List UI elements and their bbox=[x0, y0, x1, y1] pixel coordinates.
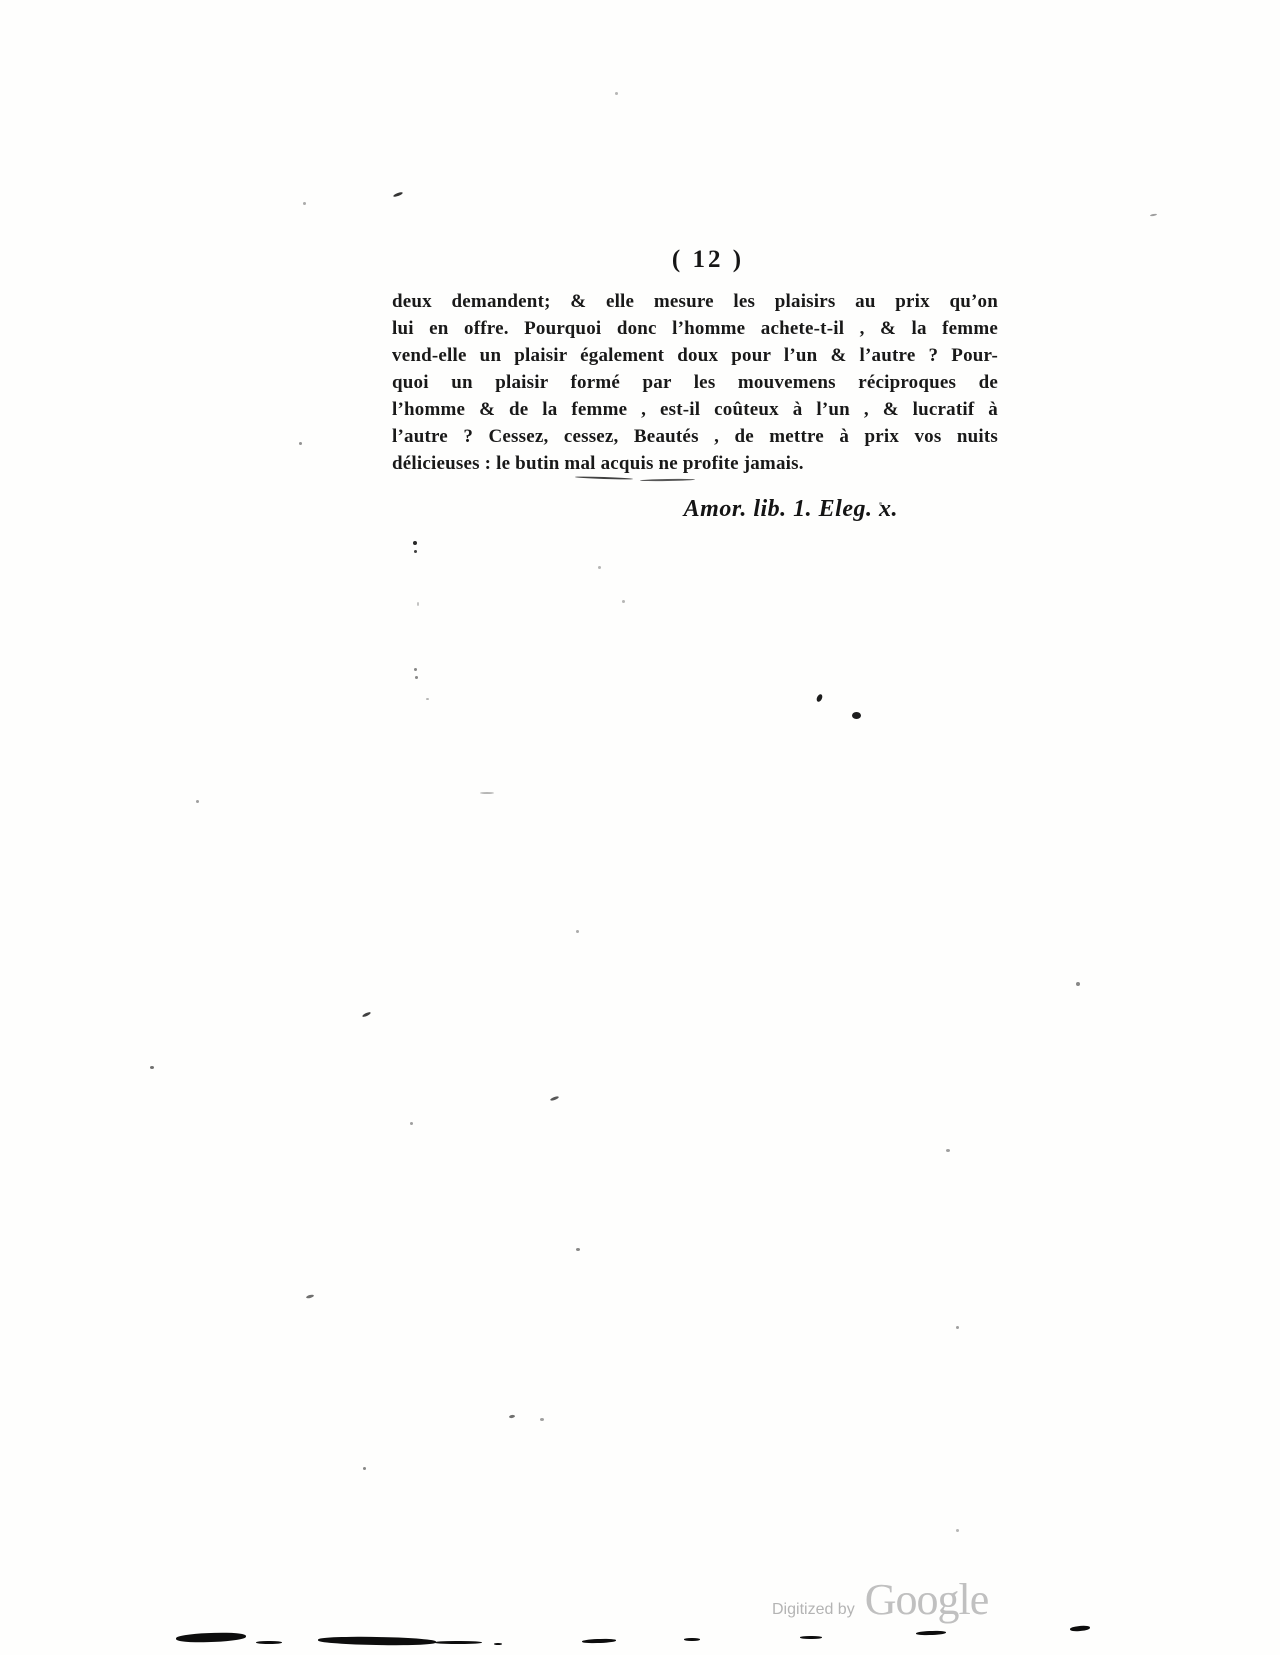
page-edge-ink-mark bbox=[684, 1638, 700, 1641]
body-line: l’homme & de la femme , est-il coûteux à… bbox=[392, 396, 998, 423]
scan-speck bbox=[622, 600, 625, 603]
body-line: quoi un plaisir formé par les mouvemens … bbox=[392, 369, 998, 396]
scanned-book-page: ( 12 ) deux demandent; & elle mesure les… bbox=[0, 0, 1280, 1655]
body-line: lui en offre. Pourquoi donc l’homme ache… bbox=[392, 315, 998, 342]
scan-speck bbox=[598, 566, 601, 569]
body-text: deux demandent; & elle mesure les plaisi… bbox=[392, 288, 998, 477]
scan-speck bbox=[956, 1326, 959, 1329]
page-edge-ink-mark bbox=[800, 1636, 822, 1639]
page-edge-ink-mark bbox=[582, 1638, 616, 1643]
scan-speck bbox=[363, 1467, 366, 1470]
scan-speck bbox=[956, 1529, 959, 1532]
scan-speck bbox=[414, 550, 417, 553]
page-edge-ink-mark bbox=[916, 1630, 946, 1635]
scan-speck bbox=[393, 191, 403, 197]
scan-speck bbox=[413, 541, 417, 545]
page-edge-ink-mark bbox=[434, 1641, 482, 1644]
scan-speck bbox=[550, 1096, 559, 1102]
body-line: délicieuses : le butin mal acquis ne pro… bbox=[392, 450, 998, 477]
scan-speck bbox=[196, 800, 199, 803]
page-number: ( 12 ) bbox=[598, 246, 818, 274]
scan-speck bbox=[306, 1294, 315, 1299]
scan-speck bbox=[540, 1418, 544, 1421]
google-watermark: Digitized by Google bbox=[772, 1574, 988, 1625]
body-line: vend-elle un plaisir également doux pour… bbox=[392, 342, 998, 369]
citation-line: Amor. lib. 1. Eleg. x. bbox=[392, 496, 998, 523]
scan-speck bbox=[852, 712, 861, 719]
scan-speck bbox=[410, 1122, 413, 1125]
scan-speck bbox=[615, 92, 618, 95]
scan-speck bbox=[415, 676, 418, 679]
scan-speck bbox=[1076, 982, 1080, 986]
body-line: l’autre ? Cessez, cessez, Beautés , de m… bbox=[392, 423, 998, 450]
scan-speck bbox=[946, 1149, 950, 1152]
page-edge-ink-mark bbox=[494, 1643, 502, 1645]
page-edge-ink-mark bbox=[256, 1641, 282, 1644]
scan-speck bbox=[480, 792, 494, 794]
scan-speck bbox=[816, 693, 824, 702]
scan-speck bbox=[576, 930, 579, 933]
scan-speck bbox=[509, 1415, 515, 1419]
scan-speck bbox=[299, 442, 302, 445]
scan-speck bbox=[414, 668, 417, 671]
page-edge-ink-mark bbox=[318, 1636, 436, 1646]
scan-speck bbox=[150, 1066, 154, 1069]
scan-speck bbox=[362, 1011, 371, 1018]
google-logo: Google bbox=[865, 1574, 989, 1625]
scan-speck bbox=[640, 479, 695, 482]
page-edge-ink-mark bbox=[1070, 1625, 1090, 1632]
scan-speck bbox=[879, 502, 882, 505]
page-edge-ink-mark bbox=[176, 1632, 246, 1643]
scan-speck bbox=[426, 698, 429, 700]
scan-speck bbox=[576, 1248, 580, 1251]
scan-speck bbox=[417, 602, 419, 606]
digitized-by-label: Digitized by bbox=[772, 1601, 855, 1619]
scan-speck bbox=[1150, 213, 1157, 216]
scan-speck bbox=[303, 202, 306, 205]
body-line: deux demandent; & elle mesure les plaisi… bbox=[392, 288, 998, 315]
